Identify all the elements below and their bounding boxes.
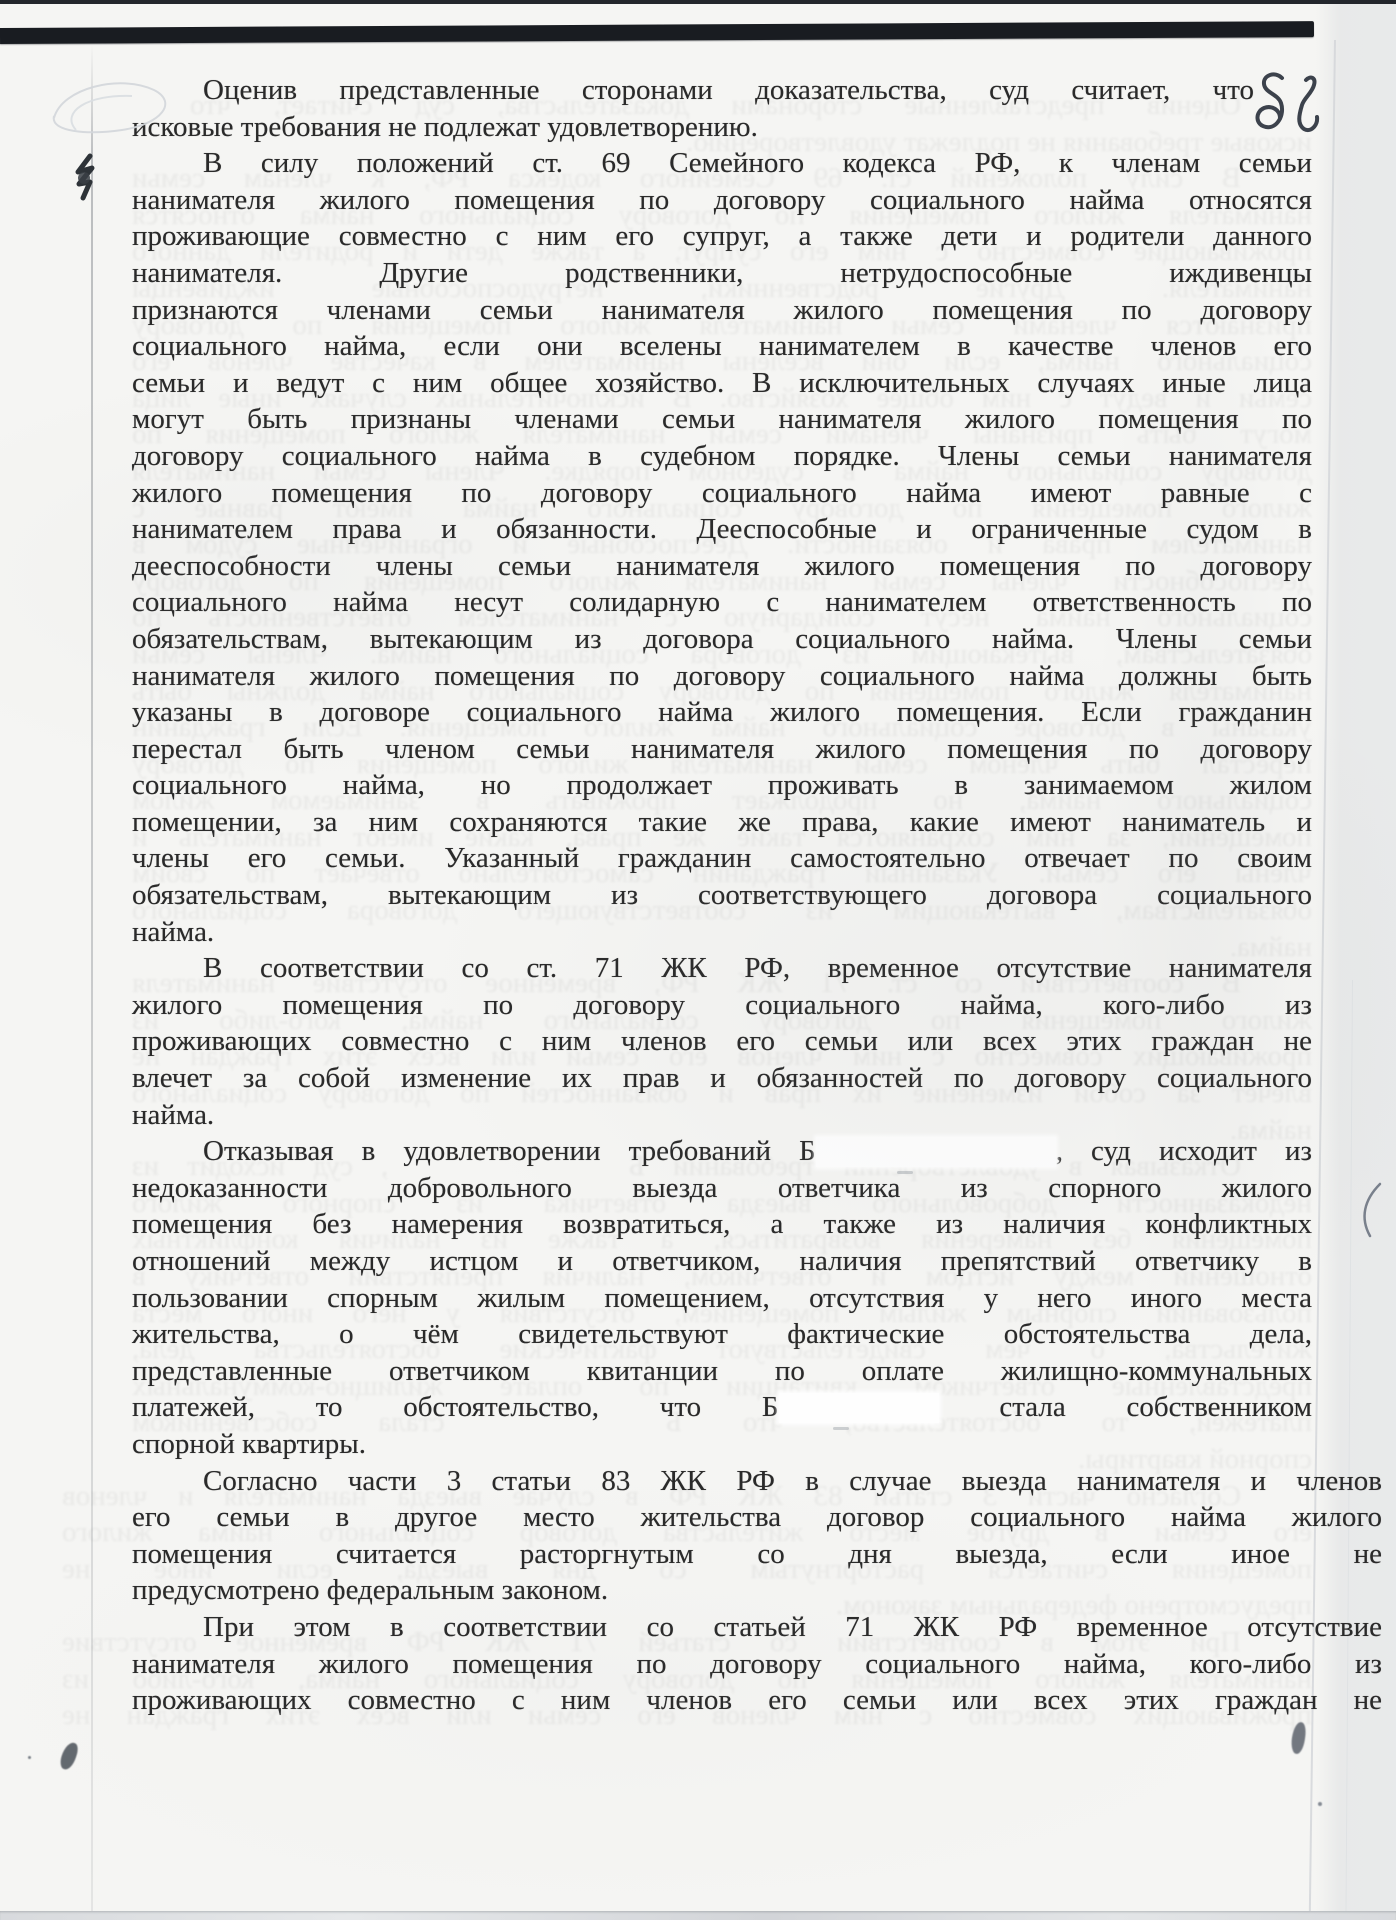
document-line: В силу положений ст. 69 Семейного кодекс… [132,145,1312,182]
document-line: предусмотрено федеральным законом. [132,1572,1382,1609]
document-line: обязательствам, вытекающим из договора с… [132,621,1312,658]
ink-smudge-mark [58,1741,80,1772]
document-line: жилого помещения по договору социального… [132,475,1312,512]
document-text: Оценив представленные сторонами доказате… [132,72,1312,1719]
document-paragraph: Оценив представленные сторонами доказате… [132,72,1312,145]
scanner-top-edge-artifact [0,0,1396,4]
document-line: нанимателя жилого помещения по договору … [132,658,1312,695]
document-line: В соответствии со ст. 71 ЖК РФ, временно… [132,950,1312,987]
document-paragraph: В соответствии со ст. 71 ЖК РФ, временно… [132,950,1312,1133]
document-line: нанимателем права и обязанности. Дееспос… [132,511,1312,548]
document-line: спорной квартиры. [132,1426,1312,1463]
document-line: помещении, за ним сохраняются такие же п… [132,804,1312,841]
document-line: найма. [132,914,1312,951]
document-line: указаны в договоре социального найма жил… [132,694,1312,731]
document-line: члены его семьи. Указанный гражданин сам… [132,840,1312,877]
redaction-box [816,1137,1056,1167]
document-line: недоказанности добровольного выезда отве… [132,1170,1312,1207]
document-paragraph: При этом в соответствии со статьей 71 ЖК… [132,1609,1382,1719]
document-line: отношений между истцом и ответчиком, нал… [132,1243,1312,1280]
document-line: семьи и ведут с ним общее хозяйство. В и… [132,365,1312,402]
document-line: нанимателя. Другие родственники, нетрудо… [132,255,1312,292]
document-line: помещения считается расторгнутым со дня … [132,1536,1382,1573]
scanner-bottom-edge-artifact [0,1911,1396,1920]
document-line: Отказывая в удовлетворении требований Б,… [132,1133,1312,1170]
document-text-segment: стала собственником [939,1391,1312,1423]
document-line: представленные ответчиком квитанции по о… [132,1353,1312,1390]
pencil-scribble-mark [36,66,186,158]
binding-thread-mark [70,152,104,208]
document-line: социального найма несут солидарную с нан… [132,584,1312,621]
document-line: найма. [132,1097,1312,1134]
document-text-segment: платежей, то обстоятельство, что Б [132,1391,779,1423]
document-line: проживающих совместно с ним членов его с… [132,1023,1312,1060]
document-line: договору социального найма в судебном по… [132,438,1312,475]
document-line: платежей, то обстоятельство, что Б стала… [132,1389,1312,1426]
document-line: проживающие совместно с ним его супруг, … [132,218,1312,255]
document-line: влечет за собой изменение их прав и обяз… [132,1060,1312,1097]
pen-mark-parenthesis [1358,1182,1384,1240]
document-line: нанимателя жилого помещения по договору … [132,182,1312,219]
redaction-box [779,1393,939,1423]
document-line: его семьи в другое место жительства дого… [132,1499,1382,1536]
document-line: Согласно части 3 статьи 83 ЖК РФ в случа… [132,1463,1382,1500]
document-line: социального найма, если они вселены нани… [132,328,1312,365]
document-line: проживающих совместно с ним членов его с… [132,1682,1382,1719]
scanner-top-bar-artifact [0,21,1314,44]
document-line: обязательствам, вытекающим из соответств… [132,877,1312,914]
scanned-court-document-page: Оценив представленные сторонами доказате… [0,0,1396,1920]
handwritten-page-number [1251,70,1323,154]
document-line: При этом в соответствии со статьей 71 ЖК… [132,1609,1382,1646]
document-line: помещения без намерения возвратиться, а … [132,1206,1312,1243]
document-line: жительства, о чём свидетельствуют фактич… [132,1316,1312,1353]
document-line: Оценив представленные сторонами доказате… [132,72,1312,109]
document-paragraph: Отказывая в удовлетворении требований Б,… [132,1133,1312,1462]
document-line: жилого помещения по договору социального… [132,987,1312,1024]
ink-speck [1318,1802,1322,1806]
document-paragraph: Согласно части 3 статьи 83 ЖК РФ в случа… [132,1463,1382,1609]
document-line: исковые требования не подлежат удовлетво… [132,109,1312,146]
document-line: пользовании спорным жилым помещением, от… [132,1280,1312,1317]
document-line: нанимателя жилого помещения по договору … [132,1646,1382,1683]
ink-speck [28,1756,31,1759]
document-text-segment: , суд исходит из [1056,1135,1312,1167]
document-line: дееспособности члены семьи нанимателя жи… [132,548,1312,585]
document-line: могут быть признаны членами семьи нанима… [132,401,1312,438]
document-paragraph: В силу положений ст. 69 Семейного кодекс… [132,145,1312,950]
document-line: признаются членами семьи нанимателя жило… [132,292,1312,329]
document-line: перестал быть членом семьи нанимателя жи… [132,731,1312,768]
document-line: социального найма, но продолжает прожива… [132,767,1312,804]
document-text-segment: Отказывая в удовлетворении требований Б [203,1135,816,1167]
